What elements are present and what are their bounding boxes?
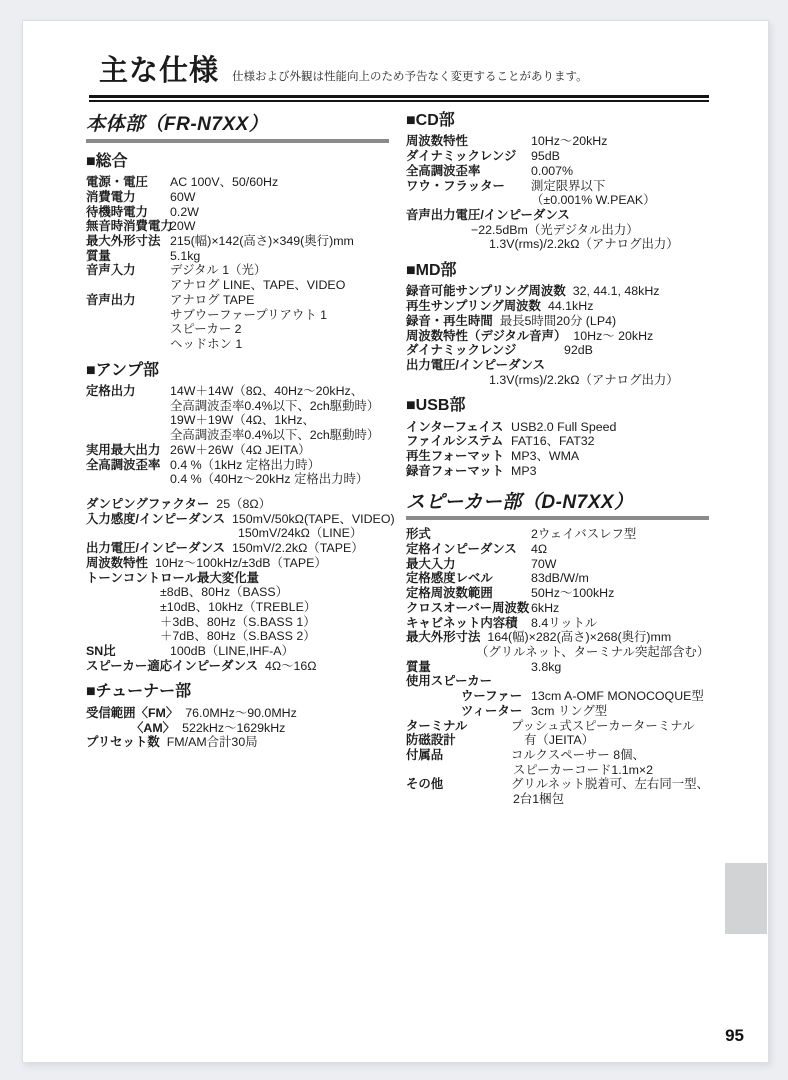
spec-row: 実用最大出力26W＋26W（4Ω JEITA） — [86, 443, 394, 458]
right-column: ■CD部周波数特性10Hz～20kHzダイナミックレンジ95dB全高調波歪率0.… — [406, 112, 758, 807]
spec-value: 25（8Ω） — [216, 497, 271, 512]
spec-row: 消費電力60W — [86, 190, 394, 205]
spec-value: ±10dB、10kHz（TREBLE） — [160, 600, 316, 615]
spec-label: ツィーター — [461, 704, 531, 719]
spec-label: 出力電圧/インピーダンス — [86, 541, 225, 556]
spec-row: インターフェイスUSB2.0 Full Speed — [406, 420, 758, 435]
spec-label: 録音フォーマット — [406, 464, 511, 479]
spec-row: 全高調波歪率0.007% — [406, 164, 758, 179]
spec-value: 測定限界以下 — [531, 179, 605, 194]
section-heading: ■総合 — [86, 153, 394, 171]
spec-row: 1.3V(rms)/2.2kΩ（アナログ出力） — [406, 373, 758, 388]
spec-row: サブウーファープリアウト 1 — [86, 308, 394, 323]
section-heading: ■アンプ部 — [86, 362, 394, 380]
spec-row: ツィーター3cm リング型 — [461, 704, 758, 719]
spec-label: 受信範囲〈FM〉 — [86, 706, 178, 721]
group-heading-block: スピーカー部（D-N7XX） — [406, 492, 758, 521]
spec-label: 定格感度レベル — [406, 571, 531, 586]
spec-label: 全高調波歪率 — [86, 458, 170, 473]
spec-label: キャビネット内容積 — [406, 616, 531, 631]
spec-value: ＋3dB、80Hz（S.BASS 1） — [160, 615, 316, 630]
spec-row: ＋7dB、80Hz（S.BASS 2） — [86, 629, 394, 644]
spec-value: 10Hz～100kHz/±3dB（TAPE） — [155, 556, 327, 571]
spec-row: 周波数特性10Hz～20kHz — [406, 134, 758, 149]
spec-value: −22.5dBm（光デジタル出力） — [471, 223, 639, 238]
header-rule — [89, 95, 709, 102]
spec-value: 26W＋26W（4Ω JEITA） — [170, 443, 311, 458]
spec-value: 50Hz～100kHz — [531, 586, 614, 601]
spec-value: （グリルネット、ターミナル突起部含む） — [476, 645, 709, 660]
spacer — [86, 487, 394, 497]
spec-row: ワウ・フラッター測定限界以下 — [406, 179, 758, 194]
spec-label: 最大外形寸法 — [86, 234, 170, 249]
left-column: 本体部（FR-N7XX）■総合電源・電圧AC 100V、50/60Hz消費電力6… — [86, 112, 394, 807]
spec-row: 周波数特性10Hz～100kHz/±3dB（TAPE） — [86, 556, 394, 571]
spec-row: 入力感度/インピーダンス150mV/50kΩ(TAPE、VIDEO) — [86, 512, 394, 527]
spec-value: FAT16、FAT32 — [511, 434, 595, 449]
spec-value: AC 100V、50/60Hz — [170, 175, 278, 190]
spec-value: スピーカー 2 — [170, 322, 242, 337]
spec-row: ターミナルプッシュ式スピーカーターミナル — [406, 719, 758, 734]
spec-label: ワウ・フラッター — [406, 179, 531, 194]
spec-row: 2台1梱包 — [406, 792, 758, 807]
spec-section: ■USB部インターフェイスUSB2.0 Full SpeedファイルシステムFA… — [406, 397, 758, 478]
spec-row: 録音・再生時間最長5時間20分 (LP4) — [406, 314, 758, 329]
spec-value: 10Hz～20kHz — [531, 134, 607, 149]
side-tab-marker — [725, 863, 767, 934]
spec-label: 質量 — [406, 660, 531, 675]
spec-label: 周波数特性 — [86, 556, 148, 571]
spec-row: 出力電圧/インピーダンス150mV/2.2kΩ（TAPE） — [86, 541, 394, 556]
spec-value: 3.8kg — [531, 660, 561, 675]
spec-label: 形式 — [406, 527, 531, 542]
spec-row: 無音時消費電力20W — [86, 219, 394, 234]
spec-value: ヘッドホン 1 — [170, 337, 242, 352]
group-rule — [86, 139, 389, 143]
spec-row: 質量5.1kg — [86, 249, 394, 264]
spec-label: 定格インピーダンス — [406, 542, 531, 557]
spec-value: 0.2W — [170, 205, 199, 220]
spec-row: 形式2ウェイバスレフ型 — [406, 527, 758, 542]
spec-row: 質量3.8kg — [406, 660, 758, 675]
spec-label: ファイルシステム — [406, 434, 511, 449]
spec-row: −22.5dBm（光デジタル出力） — [406, 223, 758, 238]
spec-label: 定格周波数範囲 — [406, 586, 531, 601]
spec-value: 70W — [531, 557, 556, 572]
spec-label: 消費電力 — [86, 190, 170, 205]
section-heading: ■チューナー部 — [86, 683, 394, 701]
spec-value: FM/AM合計30局 — [167, 735, 258, 750]
spec-label: 待機時電力 — [86, 205, 170, 220]
spec-label: 録音可能サンプリング周波数 — [406, 284, 566, 299]
spec-label: 最大入力 — [406, 557, 531, 572]
spec-row: 出力電圧/インピーダンス — [406, 358, 758, 373]
spec-value: 150mV/50kΩ(TAPE、VIDEO) — [232, 512, 395, 527]
spec-value: スピーカーコード1.1m×2 — [513, 763, 653, 778]
spec-section: ■総合電源・電圧AC 100V、50/60Hz消費電力60W待機時電力0.2W無… — [86, 153, 394, 352]
spec-label: 最大外形寸法 — [406, 630, 480, 645]
spec-value: アナログ LINE、TAPE、VIDEO — [170, 278, 345, 293]
spec-label: 音声出力 — [86, 293, 170, 308]
spec-row: 使用スピーカー — [406, 674, 758, 689]
spec-row: 付属品コルクスペーサー 8個、 — [406, 748, 758, 763]
spec-label: 定格出力 — [86, 384, 170, 399]
spec-value: ＋7dB、80Hz（S.BASS 2） — [160, 629, 316, 644]
spec-section: ■MD部録音可能サンプリング周波数32, 44.1, 48kHz再生サンプリング… — [406, 262, 758, 387]
spec-row: スピーカー 2 — [86, 322, 394, 337]
spec-value: 20W — [170, 219, 195, 234]
spec-row: スピーカーコード1.1m×2 — [406, 763, 758, 778]
spec-row: ヘッドホン 1 — [86, 337, 394, 352]
spec-label: 防磁設計 — [406, 733, 524, 748]
spec-value: （±0.001% W.PEAK） — [531, 193, 656, 208]
spec-value: 8.4リットル — [531, 616, 597, 631]
spec-label: 出力電圧/インピーダンス — [406, 358, 545, 373]
spec-row: 待機時電力0.2W — [86, 205, 394, 220]
spec-value: 3cm リング型 — [531, 704, 607, 719]
spec-value: 2ウェイバスレフ型 — [531, 527, 636, 542]
spec-row: ファイルシステムFAT16、FAT32 — [406, 434, 758, 449]
spec-value: MP3、WMA — [511, 449, 579, 464]
spec-row: 全高調波歪率0.4%以下、2ch駆動時） — [86, 399, 394, 414]
section-heading: ■MD部 — [406, 262, 758, 280]
spec-value: 150mV/24kΩ（LINE） — [238, 526, 362, 541]
spec-value: 522kHz～1629kHz — [182, 721, 285, 736]
spec-value: 5.1kg — [170, 249, 200, 264]
spec-label: 電源・電圧 — [86, 175, 170, 190]
spec-label: 実用最大出力 — [86, 443, 170, 458]
spec-row: スピーカー適応インピーダンス4Ω～16Ω — [86, 659, 394, 674]
spec-row: ウーファー13cm A-OMF MONOCOQUE型 — [461, 689, 758, 704]
spec-label: 使用スピーカー — [406, 674, 492, 689]
spec-label: 無音時消費電力 — [86, 219, 170, 234]
spec-value: 92dB — [564, 343, 593, 358]
spec-row: 最大入力70W — [406, 557, 758, 572]
spec-row: 周波数特性（デジタル音声）10Hz～ 20kHz — [406, 329, 758, 344]
spec-row: 最大外形寸法215(幅)×142(高さ)×349(奥行)mm — [86, 234, 394, 249]
spec-value: 76.0MHz～90.0MHz — [185, 706, 297, 721]
spec-row: ±8dB、80Hz（BASS） — [86, 585, 394, 600]
page-subtitle: 仕様および外観は性能向上のため予告なく変更することがあります。 — [232, 68, 588, 86]
spec-row: 0.4 %（40Hz～20kHz 定格出力時） — [86, 472, 394, 487]
section-heading: ■USB部 — [406, 397, 758, 415]
spec-label: トーンコントロール最大変化量 — [86, 571, 259, 586]
spec-label: ダイナミックレンジ — [406, 149, 531, 164]
spec-value: 10Hz～ 20kHz — [573, 329, 653, 344]
spec-row: クロスオーバー周波数6kHz — [406, 601, 758, 616]
spec-value: 0.4 %（40Hz～20kHz 定格出力時） — [170, 472, 368, 487]
spec-label: 周波数特性（デジタル音声） — [406, 329, 566, 344]
spec-value: サブウーファープリアウト 1 — [170, 308, 327, 323]
spec-value: 164(幅)×282(高さ)×268(奥行)mm — [487, 630, 671, 645]
spec-value: 6kHz — [531, 601, 559, 616]
spec-label: SN比 — [86, 644, 170, 659]
group-rule — [406, 516, 709, 520]
spec-label: 音声出力電圧/インピーダンス — [406, 208, 570, 223]
spec-value: 0.4 %（1kHz 定格出力時） — [170, 458, 320, 473]
page-header: 主な仕様 仕様および外観は性能向上のため予告なく変更することがあります。 — [23, 21, 768, 86]
spec-label: 〈AM〉 — [131, 721, 175, 736]
spec-label: 入力感度/インピーダンス — [86, 512, 225, 527]
spec-value: USB2.0 Full Speed — [511, 420, 616, 435]
spec-value: 44.1kHz — [548, 299, 593, 314]
spec-row: ±10dB、10kHz（TREBLE） — [86, 600, 394, 615]
spec-label: 質量 — [86, 249, 170, 264]
spec-value: 83dB/W/m — [531, 571, 589, 586]
spec-value: 有（JEITA） — [524, 733, 594, 748]
spec-row: 定格出力14W＋14W（8Ω、40Hz～20kHz、 — [86, 384, 394, 399]
spec-row: 最大外形寸法164(幅)×282(高さ)×268(奥行)mm — [406, 630, 758, 645]
spec-row: 録音可能サンプリング周波数32, 44.1, 48kHz — [406, 284, 758, 299]
spec-value: 2台1梱包 — [513, 792, 564, 807]
spec-value: MP3 — [511, 464, 536, 479]
spec-value: 60W — [170, 190, 195, 205]
spec-row: トーンコントロール最大変化量 — [86, 571, 394, 586]
spec-label: 付属品 — [406, 748, 511, 763]
spec-value: 32, 44.1, 48kHz — [573, 284, 660, 299]
spec-value: 4Ω～16Ω — [265, 659, 317, 674]
spec-row: 再生サンプリング周波数44.1kHz — [406, 299, 758, 314]
spec-row: SN比100dB（LINE,IHF-A） — [86, 644, 394, 659]
spec-value: 150mV/2.2kΩ（TAPE） — [232, 541, 364, 556]
spec-row: （グリルネット、ターミナル突起部含む） — [406, 645, 758, 660]
spec-value: グリルネット脱着可、左右同一型、 — [511, 777, 709, 792]
spec-row: 電源・電圧AC 100V、50/60Hz — [86, 175, 394, 190]
spec-row: 再生フォーマットMP3、WMA — [406, 449, 758, 464]
page-number: 95 — [725, 1026, 744, 1046]
spec-value: 1.3V(rms)/2.2kΩ（アナログ出力） — [489, 237, 679, 252]
spec-page: 主な仕様 仕様および外観は性能向上のため予告なく変更することがあります。 本体部… — [22, 20, 769, 1063]
spec-value: 100dB（LINE,IHF-A） — [170, 644, 294, 659]
spec-label: ダンピングファクター — [86, 497, 209, 512]
spec-row: （±0.001% W.PEAK） — [406, 193, 758, 208]
spec-row: 全高調波歪率0.4 %（1kHz 定格出力時） — [86, 458, 394, 473]
spec-value: コルクスペーサー 8個、 — [511, 748, 645, 763]
spec-label: 再生サンプリング周波数 — [406, 299, 541, 314]
spec-label: 録音・再生時間 — [406, 314, 493, 329]
spec-label: ダイナミックレンジ — [406, 343, 564, 358]
section-heading: ■CD部 — [406, 112, 758, 130]
spec-row: 1.3V(rms)/2.2kΩ（アナログ出力） — [406, 237, 758, 252]
spec-row: 150mV/24kΩ（LINE） — [86, 526, 394, 541]
spec-row: 防磁設計有（JEITA） — [406, 733, 758, 748]
spec-value: 4Ω — [531, 542, 547, 557]
spec-value: 215(幅)×142(高さ)×349(奥行)mm — [170, 234, 354, 249]
spec-row: 全高調波歪率0.4%以下、2ch駆動時） — [86, 428, 394, 443]
page-title: 主な仕様 — [99, 57, 219, 86]
spec-content: 本体部（FR-N7XX）■総合電源・電圧AC 100V、50/60Hz消費電力6… — [23, 102, 768, 807]
group-heading-block: 本体部（FR-N7XX） — [86, 114, 394, 143]
spec-value: 95dB — [531, 149, 560, 164]
spec-row: ダイナミックレンジ92dB — [406, 343, 758, 358]
spec-label: 全高調波歪率 — [406, 164, 531, 179]
spec-row: 音声入力デジタル 1（光） — [86, 263, 394, 278]
spec-value: プッシュ式スピーカーターミナル — [511, 719, 694, 734]
group-heading: 本体部（FR-N7XX） — [86, 114, 394, 136]
spec-label: クロスオーバー周波数 — [406, 601, 531, 616]
spec-label: 周波数特性 — [406, 134, 531, 149]
spec-value: 全高調波歪率0.4%以下、2ch駆動時） — [170, 428, 379, 443]
spec-label: プリセット数 — [86, 735, 160, 750]
spec-value: 19W＋19W（4Ω、1kHz、 — [170, 413, 315, 428]
spec-row: その他グリルネット脱着可、左右同一型、 — [406, 777, 758, 792]
spec-value: アナログ TAPE — [170, 293, 254, 308]
spec-row: ダンピングファクター25（8Ω） — [86, 497, 394, 512]
spec-label: 音声入力 — [86, 263, 170, 278]
spec-row: ダイナミックレンジ95dB — [406, 149, 758, 164]
spec-value: デジタル 1（光） — [170, 263, 266, 278]
spec-label: インターフェイス — [406, 420, 511, 435]
group-heading: スピーカー部（D-N7XX） — [406, 492, 758, 514]
spec-row: 19W＋19W（4Ω、1kHz、 — [86, 413, 394, 428]
spec-value: 0.007% — [531, 164, 573, 179]
spec-value: ±8dB、80Hz（BASS） — [160, 585, 288, 600]
spec-row: 受信範囲〈FM〉76.0MHz～90.0MHz — [86, 706, 394, 721]
spec-value: 最長5時間20分 (LP4) — [500, 314, 616, 329]
spec-row: ＋3dB、80Hz（S.BASS 1） — [86, 615, 394, 630]
spec-value: 14W＋14W（8Ω、40Hz～20kHz、 — [170, 384, 363, 399]
spec-label: スピーカー適応インピーダンス — [86, 659, 258, 674]
spec-section: ■チューナー部受信範囲〈FM〉76.0MHz～90.0MHz〈AM〉522kHz… — [86, 683, 394, 750]
spec-section: 形式2ウェイバスレフ型定格インピーダンス4Ω最大入力70W定格感度レベル83dB… — [406, 527, 758, 806]
spec-section: ■アンプ部定格出力14W＋14W（8Ω、40Hz～20kHz、全高調波歪率0.4… — [86, 362, 394, 674]
spec-row: 〈AM〉522kHz～1629kHz — [131, 721, 394, 736]
spec-value: 全高調波歪率0.4%以下、2ch駆動時） — [170, 399, 379, 414]
spec-row: キャビネット内容積8.4リットル — [406, 616, 758, 631]
spec-value: 1.3V(rms)/2.2kΩ（アナログ出力） — [489, 373, 679, 388]
spec-label: 再生フォーマット — [406, 449, 511, 464]
spec-row: 定格インピーダンス4Ω — [406, 542, 758, 557]
spec-label: ターミナル — [406, 719, 511, 734]
spec-row: 録音フォーマットMP3 — [406, 464, 758, 479]
spec-row: プリセット数FM/AM合計30局 — [86, 735, 394, 750]
spec-row: アナログ LINE、TAPE、VIDEO — [86, 278, 394, 293]
spec-row: 定格周波数範囲50Hz～100kHz — [406, 586, 758, 601]
spec-row: 音声出力電圧/インピーダンス — [406, 208, 758, 223]
spec-section: ■CD部周波数特性10Hz～20kHzダイナミックレンジ95dB全高調波歪率0.… — [406, 112, 758, 252]
spec-label: ウーファー — [461, 689, 531, 704]
spec-row: 音声出力アナログ TAPE — [86, 293, 394, 308]
spec-label: その他 — [406, 777, 511, 792]
spec-row: 定格感度レベル83dB/W/m — [406, 571, 758, 586]
spec-value: 13cm A-OMF MONOCOQUE型 — [531, 689, 704, 704]
